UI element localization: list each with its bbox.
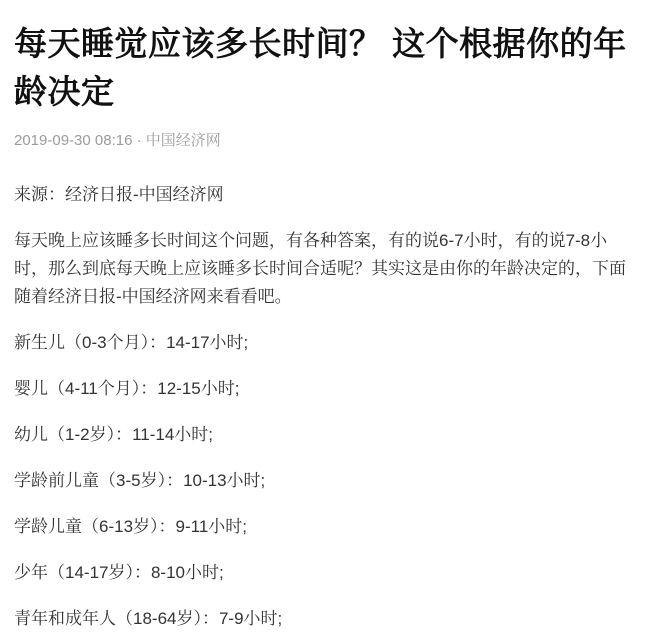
- sleep-duration-item-adult: 青年和成年人（18-64岁）：7-9小时;: [14, 605, 634, 633]
- article-page: 每天睡觉应该多长时间？ 这个根据你的年龄决定 2019-09-30 08:16 …: [0, 0, 660, 634]
- sleep-duration-item-toddler: 幼儿（1-2岁）：11-14小时;: [14, 421, 634, 449]
- article-meta: 2019-09-30 08:16 · 中国经济网: [14, 130, 634, 151]
- sleep-duration-item-school-age: 学龄儿童（6-13岁）：9-11小时;: [14, 513, 634, 541]
- sleep-duration-item-teen: 少年（14-17岁）：8-10小时;: [14, 559, 634, 587]
- publish-datetime: 2019-09-30 08:16: [14, 132, 132, 149]
- article-title: 每天睡觉应该多长时间？ 这个根据你的年龄决定: [14, 20, 634, 116]
- meta-separator: ·: [137, 132, 142, 149]
- sleep-duration-item-preschool: 学龄前儿童（3-5岁）：10-13小时;: [14, 467, 634, 495]
- intro-paragraph: 每天晚上应该睡多长时间这个问题，有各种答案，有的说6-7小时，有的说7-8小时，…: [14, 227, 634, 311]
- source-line: 来源：经济日报-中国经济网: [14, 181, 634, 209]
- sleep-duration-item-infant: 婴儿（4-11个月）：12-15小时;: [14, 375, 634, 403]
- sleep-duration-item-newborn: 新生儿（0-3个月）：14-17小时;: [14, 329, 634, 357]
- source-site-name: 中国经济网: [146, 132, 221, 149]
